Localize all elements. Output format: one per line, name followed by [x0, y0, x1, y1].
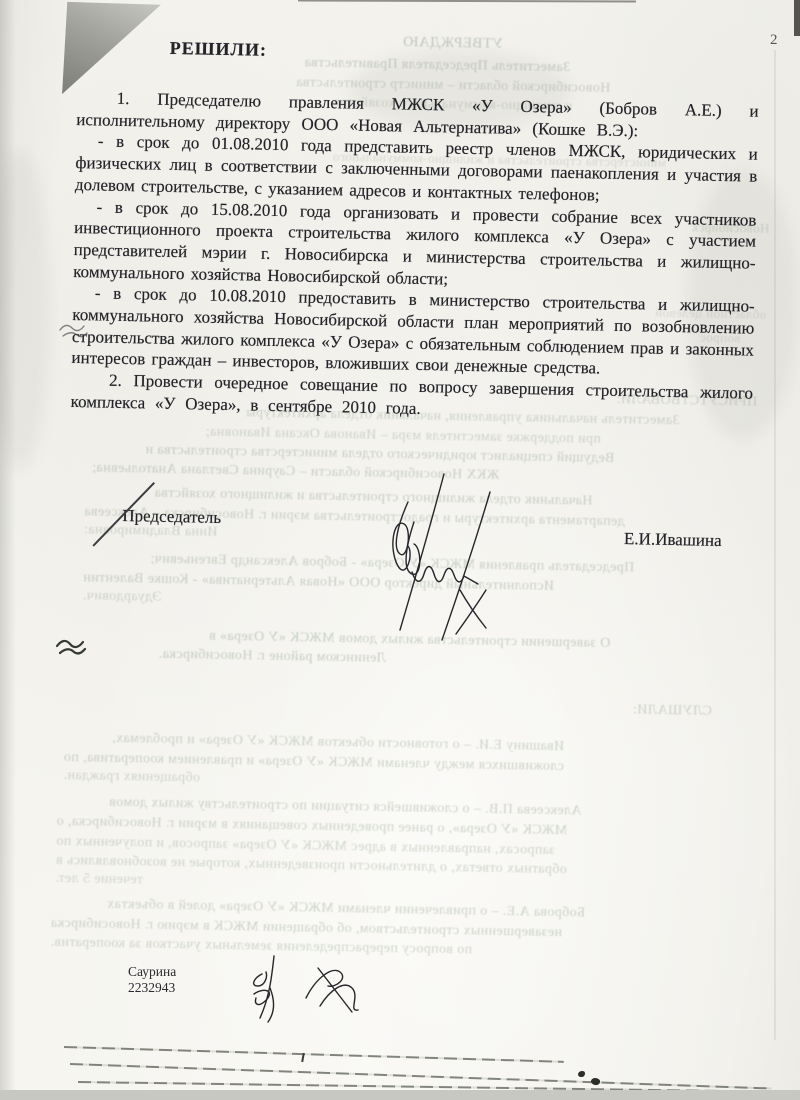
scanned-document-page: УТВЕРЖДАЮЗаместитель Председателя Правит… [0, 0, 800, 1100]
signature-scrawl [348, 462, 506, 640]
executor-phone: 2232943 [128, 980, 176, 996]
ghost-line: СЛУШАЛИ: [632, 702, 712, 719]
fold-line [774, 50, 776, 1040]
paragraph: - в срок до 15.08.2010 года организовать… [73, 195, 757, 295]
executor-name: Саурина [128, 964, 176, 980]
ghost-line: Ленинском районе г. Новосибирска. [158, 647, 386, 667]
scan-right-sliver [794, 0, 800, 36]
document-body: 1. Председателю правления МЖСК «У Озера»… [70, 87, 758, 426]
ghost-line: Эдуардович. [82, 588, 161, 605]
signature-name: Е.И.Ивашина [624, 529, 722, 551]
scan-edge-left [0, 0, 16, 1100]
signature-title: Председатель [122, 506, 221, 528]
ghost-line: обращениях граждан. [63, 768, 200, 787]
paragraph: - в срок до 10.08.2010 предоставить в ми… [71, 282, 755, 382]
pen-mark [54, 634, 90, 658]
executor-initials-scrawl [240, 948, 380, 1032]
pen-mark [58, 316, 92, 340]
executor-block: Саурина 2232943 [128, 964, 176, 996]
page-number: 2 [770, 32, 778, 49]
ghost-line: течение 5 лет. [55, 871, 143, 889]
scan-edge-bottom [0, 1090, 800, 1100]
